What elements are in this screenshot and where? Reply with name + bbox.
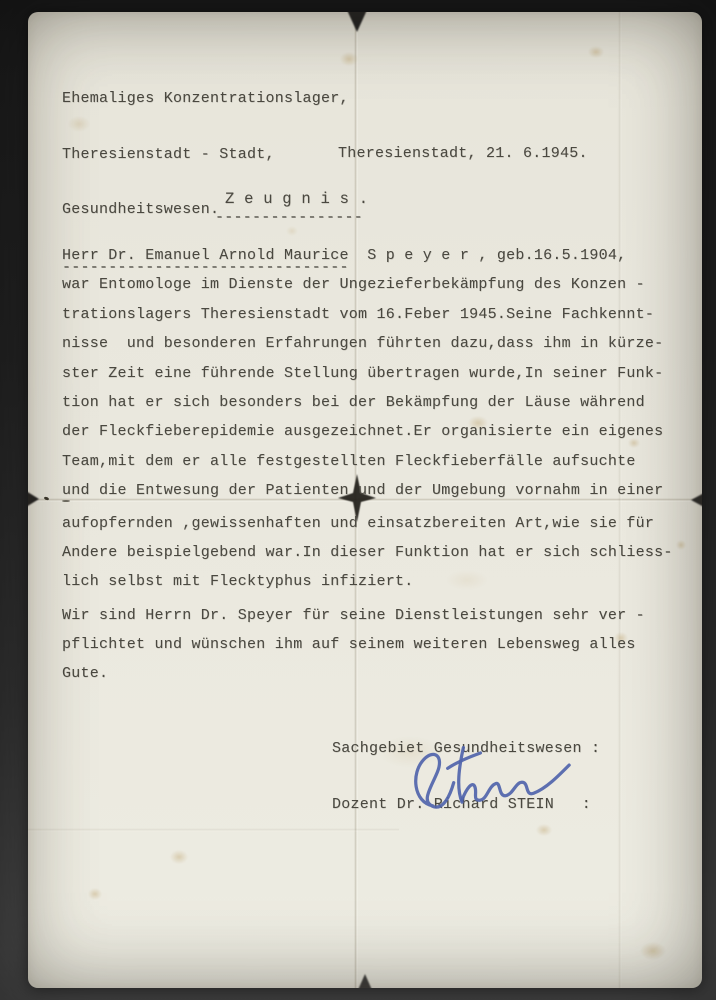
foxing-stain bbox=[170, 850, 188, 864]
dateline: Theresienstadt, 21. 6.1945. bbox=[338, 145, 588, 162]
signature-name-line: Dozent Dr. Richard STEIN : bbox=[332, 796, 600, 815]
document-page: Ehemaliges Konzentrationslager, Theresie… bbox=[28, 12, 702, 988]
body-line: ster Zeit eine führende Stellung übertra… bbox=[62, 365, 673, 394]
fold-edge-tear-right bbox=[691, 493, 702, 507]
foxing-stain bbox=[88, 888, 102, 900]
title-underline: ---------------- bbox=[215, 209, 363, 226]
foxing-stain bbox=[640, 942, 666, 960]
fold-edge-tear-top bbox=[347, 12, 367, 32]
body-line: pflichtet und wünschen ihm auf seinem we… bbox=[62, 636, 673, 665]
sender-line: Theresienstadt - Stadt, bbox=[62, 146, 349, 165]
body-line: war Entomologe im Dienste der Ungeziefer… bbox=[62, 276, 673, 305]
foxing-stain bbox=[676, 540, 686, 550]
ink-speck bbox=[44, 496, 50, 501]
body-line: Gute. bbox=[62, 665, 673, 694]
body-line: der Fleckfieberepidemie ausgezeichnet.Er… bbox=[62, 423, 673, 452]
body-line: lich selbst mit Flecktyphus infiziert. bbox=[62, 573, 673, 602]
body-line: Andere beispielgebend war.In dieser Funk… bbox=[62, 544, 673, 573]
sender-line: Ehemaliges Konzentrationslager, bbox=[62, 90, 349, 109]
document-title: Z e u g n i s . bbox=[225, 190, 368, 208]
signature-department-line: Sachgebiet Gesundheitswesen : bbox=[332, 740, 600, 759]
body-line: Herr Dr. Emanuel Arnold Maurice S p e y … bbox=[62, 247, 673, 276]
signature-block: Sachgebiet Gesundheitswesen : Dozent Dr.… bbox=[332, 703, 600, 851]
body-line: Wir sind Herrn Dr. Speyer für seine Dien… bbox=[62, 607, 673, 636]
body-line: tion hat er sich besonders bei der Bekäm… bbox=[62, 394, 673, 423]
letter-body: Herr Dr. Emanuel Arnold Maurice S p e y … bbox=[62, 247, 673, 695]
body-line: Team,mit dem er alle festgestellten Flec… bbox=[62, 453, 673, 482]
body-line: trationslagers Theresienstadt vom 16.Feb… bbox=[62, 306, 673, 335]
foxing-stain bbox=[588, 46, 604, 58]
body-line: aufopfernden ,gewissenhaften und einsatz… bbox=[62, 515, 673, 544]
body-line: nisse und besonderen Erfahrungen führten… bbox=[62, 335, 673, 364]
fold-edge-tear-bottom bbox=[358, 974, 372, 988]
fold-edge-tear-left bbox=[28, 491, 39, 507]
scan-backdrop: Ehemaliges Konzentrationslager, Theresie… bbox=[0, 0, 716, 1000]
body-line: und die Entwesung der Patienten und der … bbox=[62, 482, 673, 511]
